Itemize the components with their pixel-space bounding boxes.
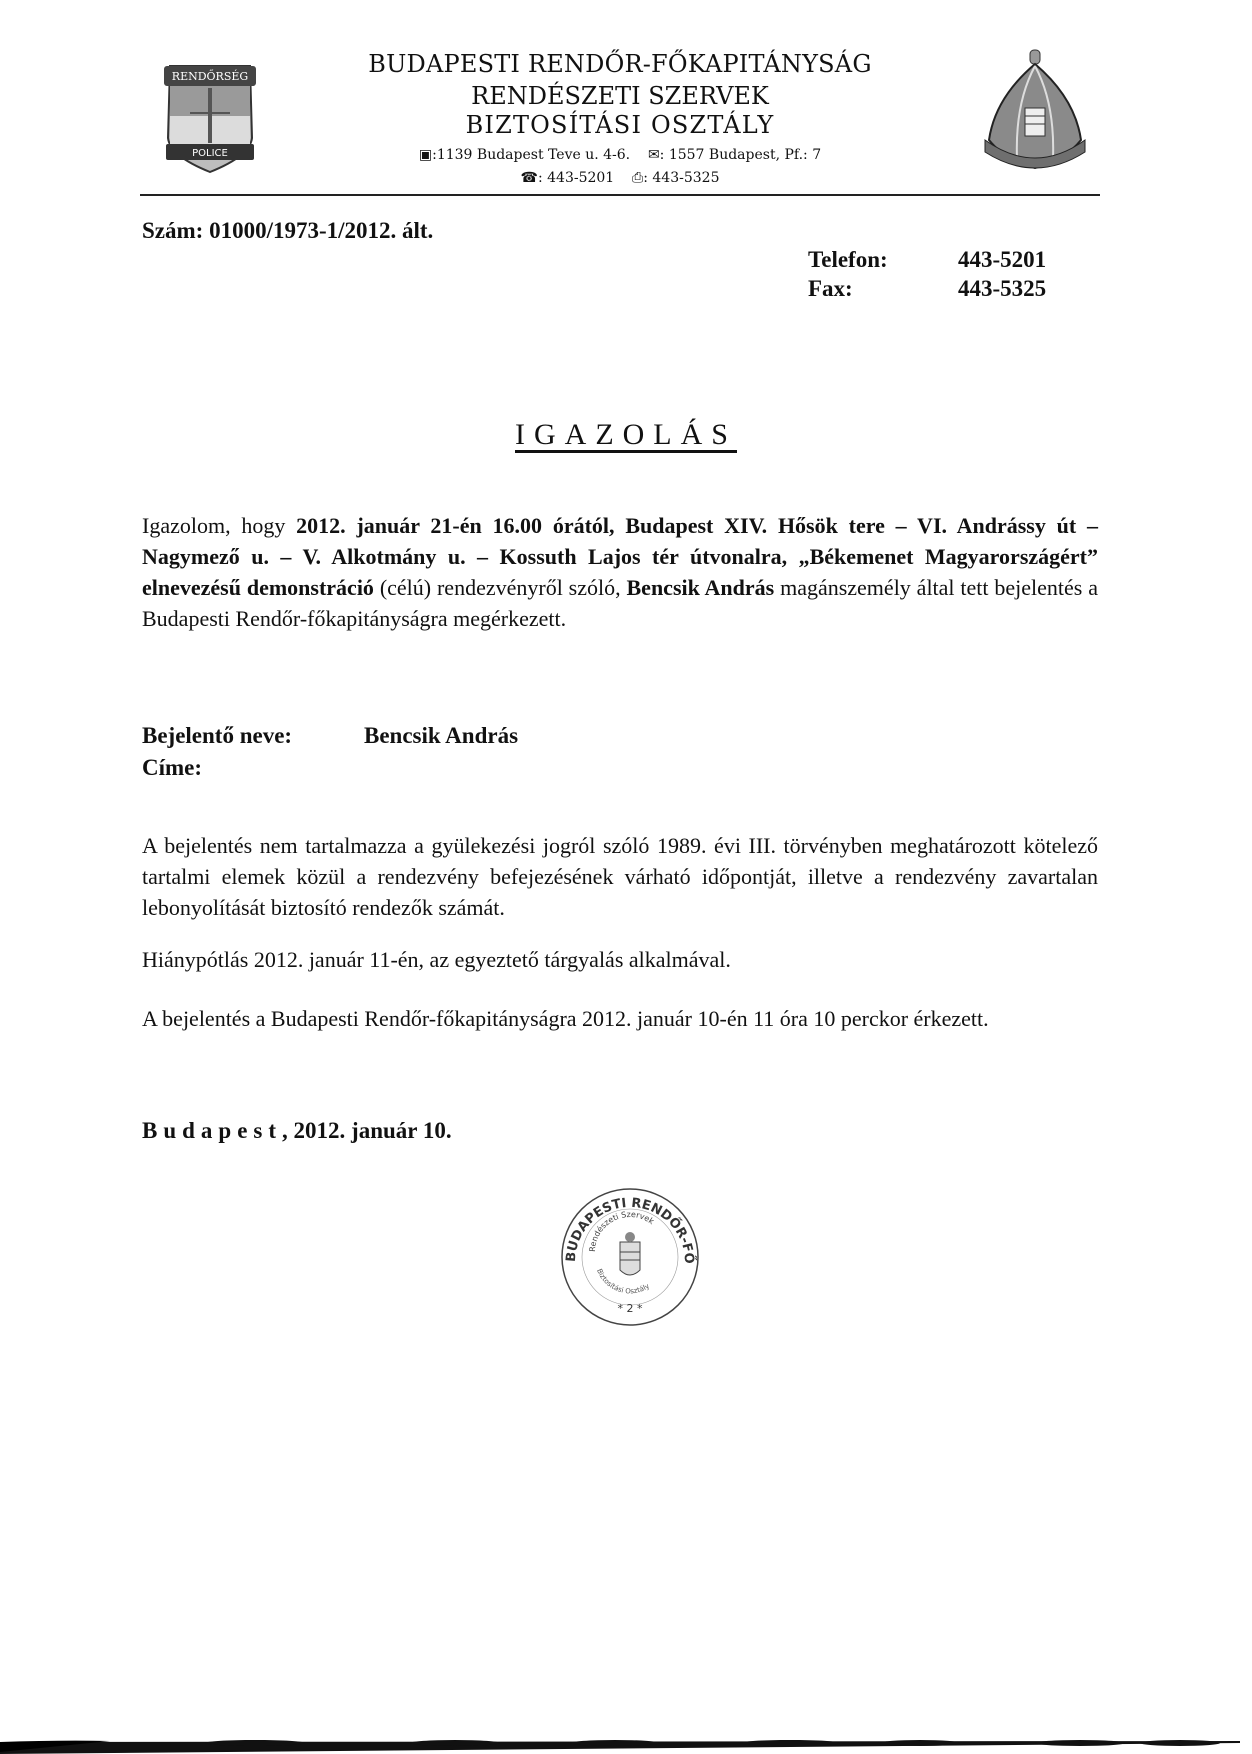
place: Budapest: [142, 1118, 282, 1143]
fax-value: 443-5325: [958, 276, 1046, 301]
p1-text-1: Igazolom, hogy: [142, 513, 296, 538]
contact-telefon: Telefon:443-5201: [808, 247, 1046, 273]
street-address: :1139 Budapest Teve u. 4-6.: [432, 147, 630, 163]
envelope-icon: ✉: [648, 147, 660, 163]
fax-icon: ⎙: [632, 170, 643, 186]
date: , 2012. január 10.: [282, 1118, 452, 1143]
coat-of-arms-crest: [975, 48, 1095, 178]
org-division: RENDÉSZETI SZERVEK: [300, 82, 940, 110]
telefon-value: 443-5201: [958, 247, 1046, 272]
org-department: BIZTOSÍTÁSI OSZTÁLY: [300, 111, 940, 139]
p1-applicant-name: Bencsik András: [627, 575, 775, 600]
police-badge-logo: RENDŐRSÉG POLICE: [160, 58, 260, 174]
certification-paragraph: Igazolom, hogy 2012. január 21-én 16.00 …: [142, 510, 1098, 634]
fax-label: Fax:: [808, 276, 958, 302]
telephone-icon: ☎: [521, 170, 538, 186]
applicant-address-label: Címe:: [142, 752, 364, 784]
applicant-name-value: Bencsik András: [364, 723, 518, 748]
missing-elements-paragraph: A bejelentés nem tartalmazza a gyülekezé…: [142, 830, 1098, 923]
applicant-name-row: Bejelentő neve:Bencsik András: [142, 720, 518, 752]
contact-fax: Fax:443-5325: [808, 276, 1046, 302]
svg-text:RENDŐRSÉG: RENDŐRSÉG: [172, 69, 248, 83]
official-stamp: BUDAPESTI RENDŐR-FŐKAPITÁNYSÁG Rendészet…: [555, 1182, 705, 1332]
applicant-address-row: Címe:: [142, 752, 518, 784]
header-divider: [140, 194, 1100, 196]
postal-address: : 1557 Budapest, Pf.: 7: [660, 147, 821, 163]
supplement-paragraph: Hiánypótlás 2012. január 11-én, az egyez…: [142, 944, 1098, 975]
applicant-name-label: Bejelentő neve:: [142, 720, 364, 752]
scan-edge: [0, 1730, 1252, 1754]
org-phone-line: ☎: 443-5201 ⎙: 443-5325: [300, 170, 940, 186]
document-title: IGAZOLÁS: [0, 418, 1252, 452]
reference-number: Szám: 01000/1973-1/2012. ált.: [142, 218, 433, 244]
p1-text-2: (célú) rendezvényről szóló,: [374, 575, 627, 600]
arrival-paragraph: A bejelentés a Budapesti Rendőr-főkapitá…: [142, 1003, 1098, 1034]
svg-text:* 2 *: * 2 *: [618, 1302, 643, 1315]
telefon-label: Telefon:: [808, 247, 958, 273]
org-name: BUDAPESTI RENDŐR-FŐKAPITÁNYSÁG: [300, 50, 940, 78]
svg-text:POLICE: POLICE: [192, 148, 228, 159]
header-phone: : 443-5201: [538, 170, 614, 186]
header-fax: : 443-5325: [643, 170, 719, 186]
org-address: ▣:1139 Budapest Teve u. 4-6. ✉: 1557 Bud…: [300, 147, 940, 163]
building-icon: ▣: [419, 147, 432, 163]
applicant-fields: Bejelentő neve:Bencsik András Címe:: [142, 720, 518, 784]
place-date: Budapest, 2012. január 10.: [142, 1118, 452, 1144]
